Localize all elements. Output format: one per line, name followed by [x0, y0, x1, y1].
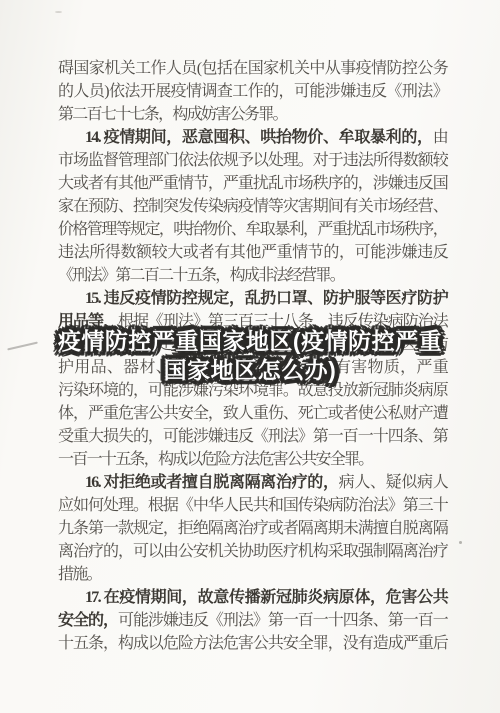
text-line: 市场监督管理部门依法依规予以处理。对于违法所得数额较 — [58, 149, 447, 172]
overlay-title-line-1: 疫情防控严重国家地区(疫情防控严重 — [0, 327, 500, 356]
text-line-regular: 价格管理等规定，哄抬物价、牟取暴利，严重扰乱市场秩序， — [58, 221, 447, 238]
text-line: 体，严重危害公共安全，致人重伤、死亡或者使公私财产遭 — [58, 402, 447, 425]
text-line: 家在预防、控制突发传染病疫情等灾害期间有关市场经营、 — [58, 195, 447, 218]
text-line-regular: 九条第一款规定，拒绝隔离治疗或者隔离期未满擅自脱离隔 — [58, 520, 447, 537]
text-line-regular: 受重大损失的，可能涉嫌违反《刑法》第一百一十四条、第 — [58, 428, 447, 445]
text-line: 九条第一款规定，拒绝隔离治疗或者隔离期未满擅自脱离隔 — [58, 517, 447, 540]
text-line: 违法所得数额较大或者有其他严重情节的，可能涉嫌违反 — [58, 241, 447, 264]
text-line: 受重大损失的，可能涉嫌违反《刑法》第一百一十四条、第 — [58, 425, 447, 448]
text-line: 第二百七十七条，构成妨害公务罪。 — [58, 103, 447, 126]
text-line-bold-lead: 17. 在疫情期间，故意传播新冠肺炎病原体，危害公共 — [85, 589, 447, 606]
text-line-regular: 一百一十五条，构成以危险方法危害公共安全罪。 — [58, 451, 373, 468]
text-line: 14. 疫情期间，恶意囤积、哄抬物价、牟取暴利的，由 — [58, 126, 447, 149]
text-line-regular: 由 — [433, 129, 447, 146]
text-line-regular: 市场监督管理部门依法依规予以处理。对于违法所得数额较 — [58, 152, 447, 169]
text-line: 一百一十五条，构成以危险方法危害公共安全罪。 — [58, 448, 447, 471]
text-line: 价格管理等规定，哄抬物价、牟取暴利，严重扰乱市场秩序， — [58, 218, 447, 241]
text-line: 离治疗的，可以由公安机关协助医疗机构采取强制隔离治疗 — [58, 540, 447, 563]
text-line-regular: 病人、疑似病人 — [339, 474, 447, 491]
text-line-regular: 家在预防、控制突发传染病疫情等灾害期间有关市场经营、 — [58, 198, 447, 215]
paper-speck — [55, 11, 62, 13]
text-line-bold-lead: 14. 疫情期间，恶意囤积、哄抬物价、牟取暴利的， — [85, 129, 433, 146]
paper-speck — [459, 541, 462, 544]
overlay-title: 疫情防控严重国家地区(疫情防控严重 国家地区怎么办) — [0, 327, 500, 385]
overlay-title-line-2: 国家地区怎么办) — [0, 356, 500, 385]
text-line-regular: 可能涉嫌违反《刑法》第一百一十四条、第一百一 — [118, 612, 447, 629]
text-line-bold-lead: 15. 违反疫情防控规定，乱扔口罩、防护服等医疗防护 — [85, 290, 447, 307]
text-line: 15. 违反疫情防控规定，乱扔口罩、防护服等医疗防护 — [58, 287, 447, 310]
text-line-bold-lead: 安全的， — [58, 612, 118, 629]
scanned-document-page: 碍国家机关工作人员(包括在国家机关中从事疫情防控公务的人员)依法开展疫情调查工作… — [0, 0, 500, 713]
text-line: 十五条，构成以危险方法危害公共安全罪，没有造成严重后 — [58, 632, 447, 655]
text-line: 应如何处理。根据《中华人民共和国传染病防治法》第三十 — [58, 494, 447, 517]
text-line-regular: 应如何处理。根据《中华人民共和国传染病防治法》第三十 — [58, 497, 447, 514]
text-line-bold-lead: 16. 对拒绝或者擅自脱离隔离治疗的， — [85, 474, 339, 491]
text-line: 碍国家机关工作人员(包括在国家机关中从事疫情防控公务 — [58, 57, 447, 80]
text-line: 的人员)依法开展疫情调查工作的，可能涉嫌违反《刑法》 — [58, 80, 447, 103]
text-line-regular: 离治疗的，可以由公安机关协助医疗机构采取强制隔离治疗 — [58, 543, 447, 560]
text-line-regular: 十五条，构成以危险方法危害公共安全罪，没有造成严重后 — [58, 635, 447, 652]
text-line-regular: 体，严重危害公共安全，致人重伤、死亡或者使公私财产遭 — [58, 405, 447, 422]
text-line-regular: 第二百七十七条，构成妨害公务罪。 — [58, 106, 287, 123]
text-line-regular: 的人员)依法开展疫情调查工作的，可能涉嫌违反《刑法》 — [58, 83, 447, 100]
text-line-regular: 措施。 — [58, 566, 101, 583]
text-line: 大或者有其他严重情节，严重扰乱市场秩序的，涉嫌违反国 — [58, 172, 447, 195]
text-line: 《刑法》第二百二十五条，构成非法经营罪。 — [58, 264, 447, 287]
text-line-regular: 违法所得数额较大或者有其他严重情节的，可能涉嫌违反 — [58, 244, 447, 261]
text-line-regular: 碍国家机关工作人员(包括在国家机关中从事疫情防控公务 — [58, 60, 447, 77]
text-line-regular: 大或者有其他严重情节，严重扰乱市场秩序的，涉嫌违反国 — [58, 175, 447, 192]
text-line: 16. 对拒绝或者擅自脱离隔离治疗的，病人、疑似病人 — [58, 471, 447, 494]
text-line: 安全的，可能涉嫌违反《刑法》第一百一十四条、第一百一 — [58, 609, 447, 632]
text-line-regular: 《刑法》第二百二十五条，构成非法经营罪。 — [58, 267, 344, 284]
text-line: 17. 在疫情期间，故意传播新冠肺炎病原体，危害公共 — [58, 586, 447, 609]
text-line: 措施。 — [58, 563, 447, 586]
